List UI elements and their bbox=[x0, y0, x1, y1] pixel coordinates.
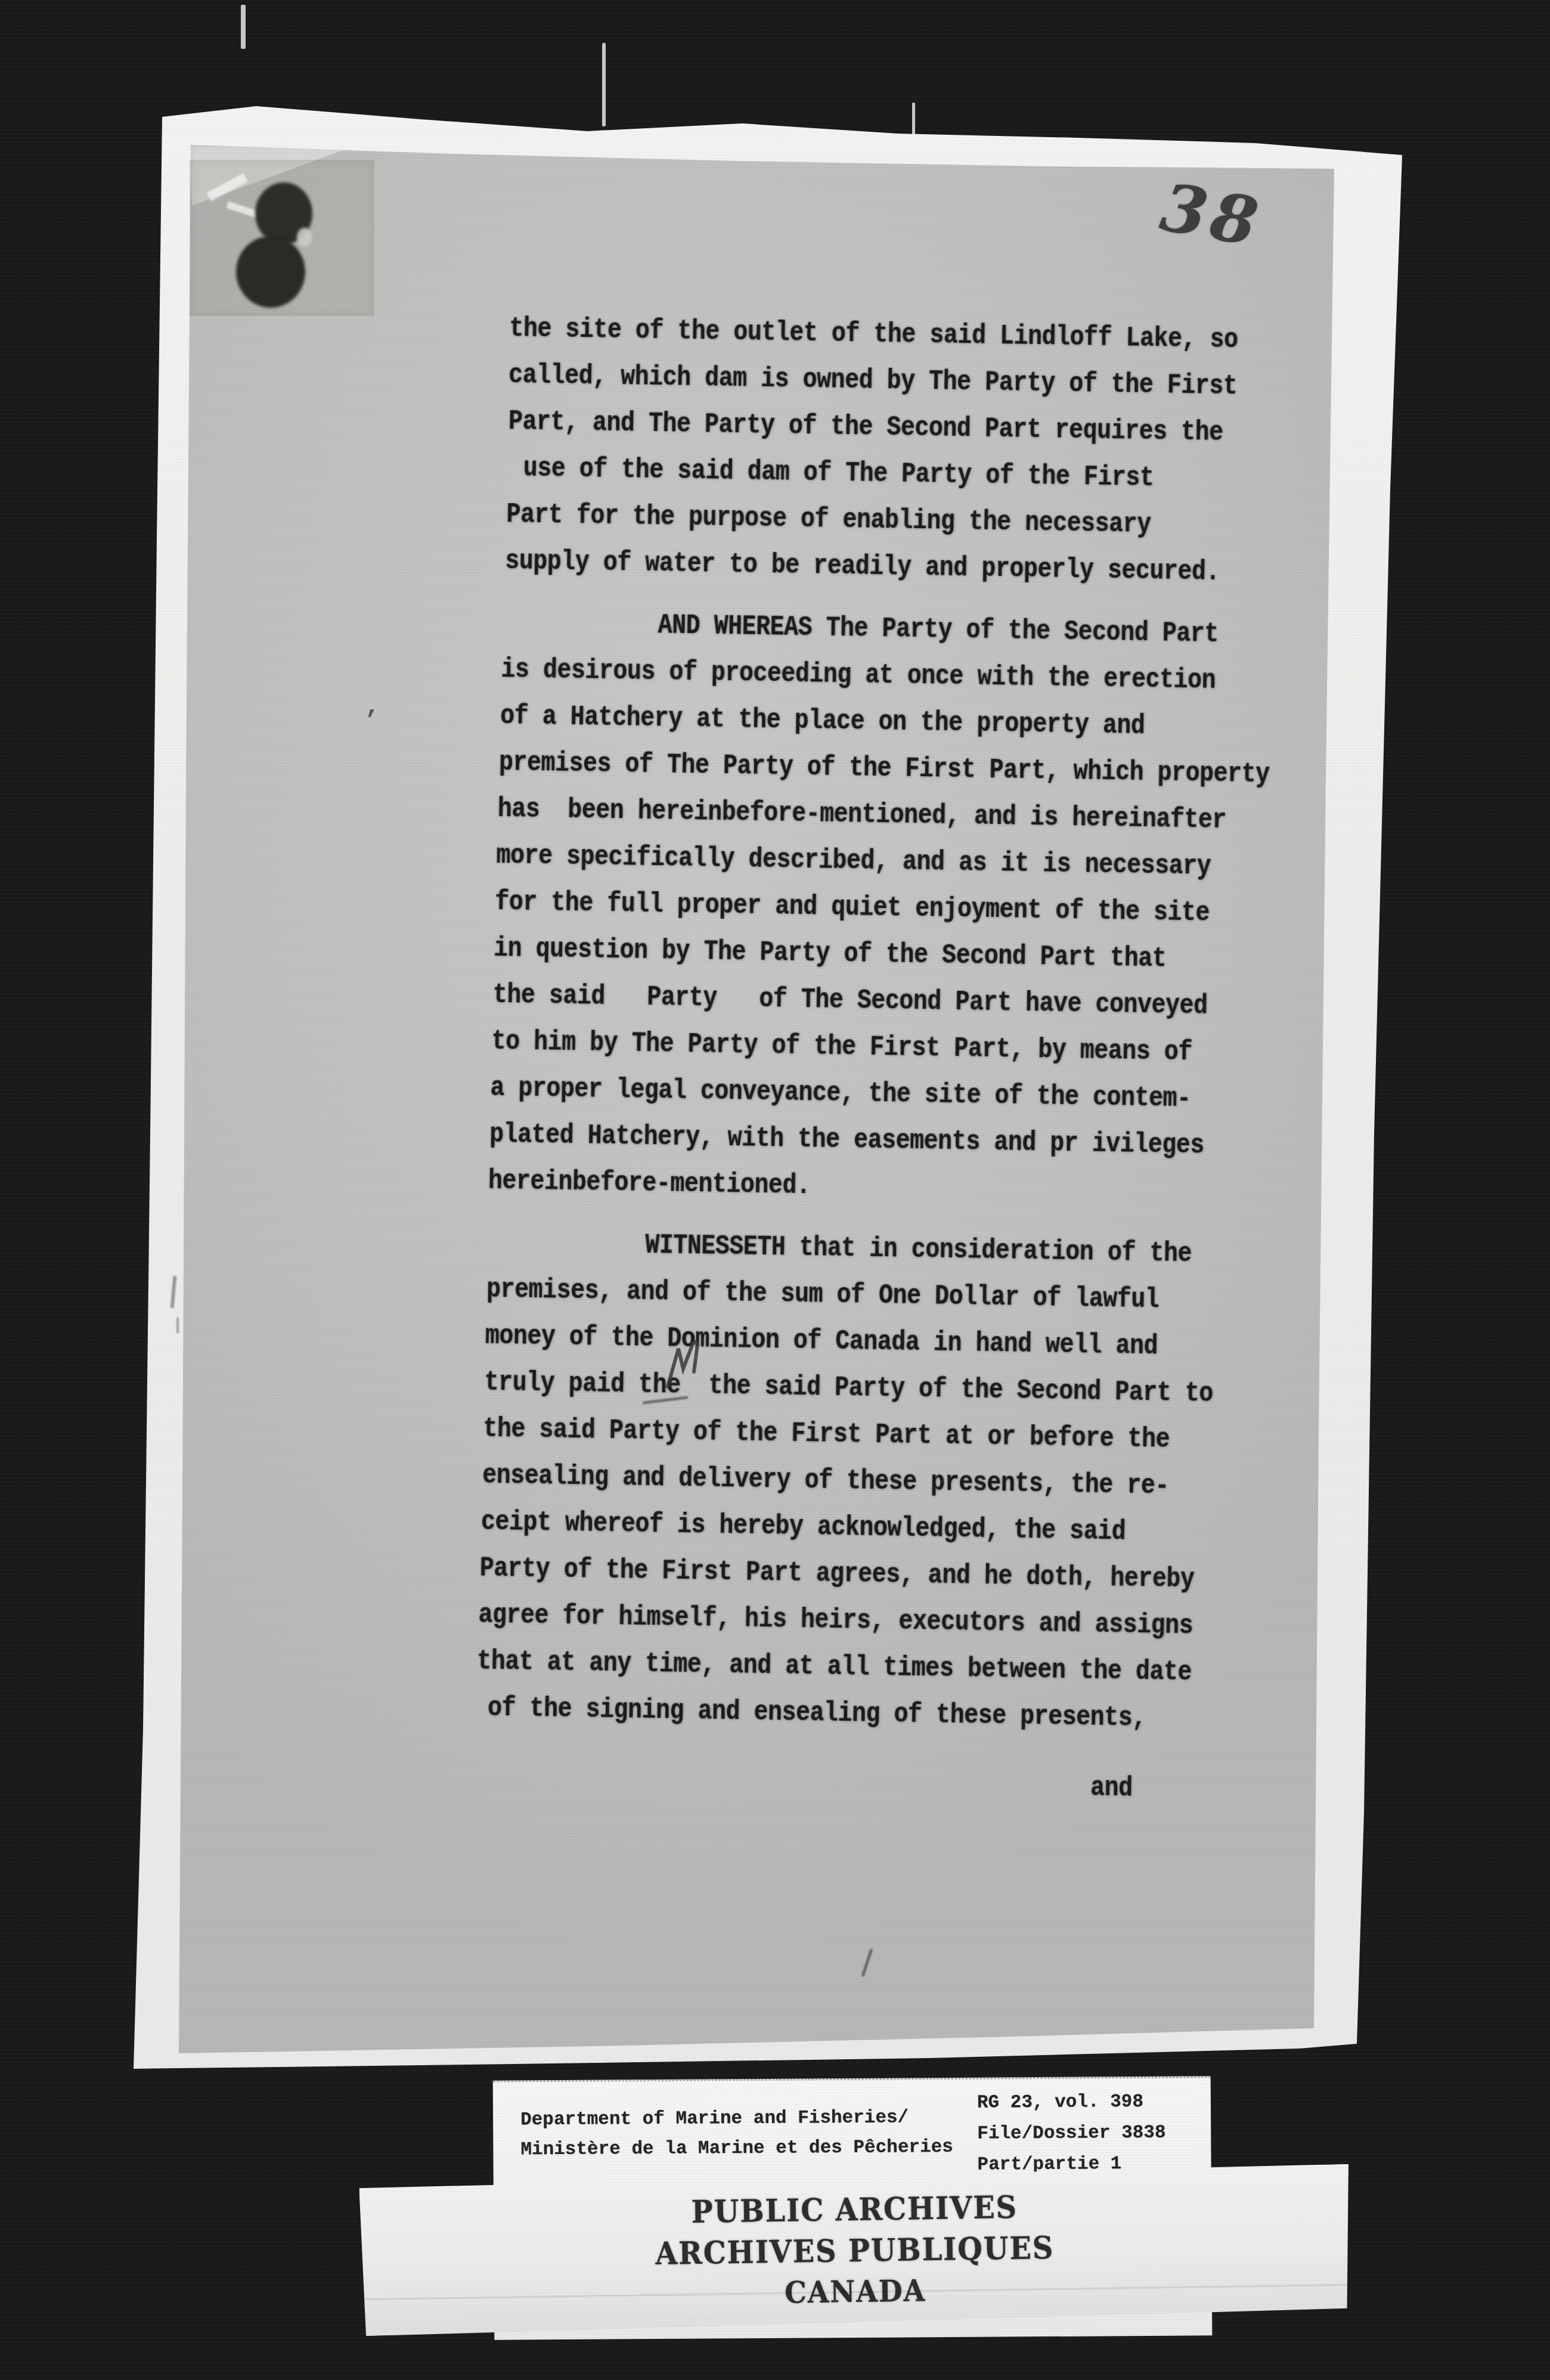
typed-line: of the signing and ensealing of these pr… bbox=[487, 1682, 1255, 1747]
torn-paper-bit bbox=[206, 173, 247, 202]
ink-artifact: ’ bbox=[364, 707, 379, 736]
scan-scratch bbox=[241, 5, 246, 49]
archive-stamp-banner: PUBLIC ARCHIVES ARCHIVES PUBLIQUES CANAD… bbox=[359, 2164, 1351, 2336]
stamp-line-archives-publiques: ARCHIVES PUBLIQUES bbox=[655, 2230, 1055, 2272]
label-file-dossier: File/Dossier 3838 bbox=[977, 2122, 1165, 2145]
typed-line: supply of water to be readily and proper… bbox=[505, 535, 1273, 601]
scan-scratch bbox=[602, 43, 606, 126]
stamp-line-public-archives: PUBLIC ARCHIVES bbox=[691, 2189, 1018, 2230]
handwritten-insertion-mark bbox=[663, 1340, 709, 1394]
label-rg-volume: RG 23, vol. 398 bbox=[977, 2091, 1143, 2114]
typed-text-block: the site of the outlet of the said Lindl… bbox=[486, 306, 1277, 1815]
typed-line: hereinbefore-mentioned. bbox=[488, 1155, 1263, 1220]
scanned-document-photostat: 38 the site of the outlet of the said Li… bbox=[0, 0, 1550, 2380]
stamp-line-canada: CANADA bbox=[785, 2273, 926, 2310]
label-department-en: Department of Marine and Fisheries/ bbox=[520, 2107, 909, 2130]
punch-hole bbox=[236, 236, 305, 308]
punch-hole-glint bbox=[297, 228, 312, 247]
typed-line: and bbox=[1090, 1762, 1254, 1818]
ink-artifact bbox=[176, 1318, 179, 1333]
insertion-mark-icon bbox=[663, 1340, 709, 1392]
label-department-fr: Ministère de la Marine et des Pêcheries bbox=[520, 2137, 953, 2160]
